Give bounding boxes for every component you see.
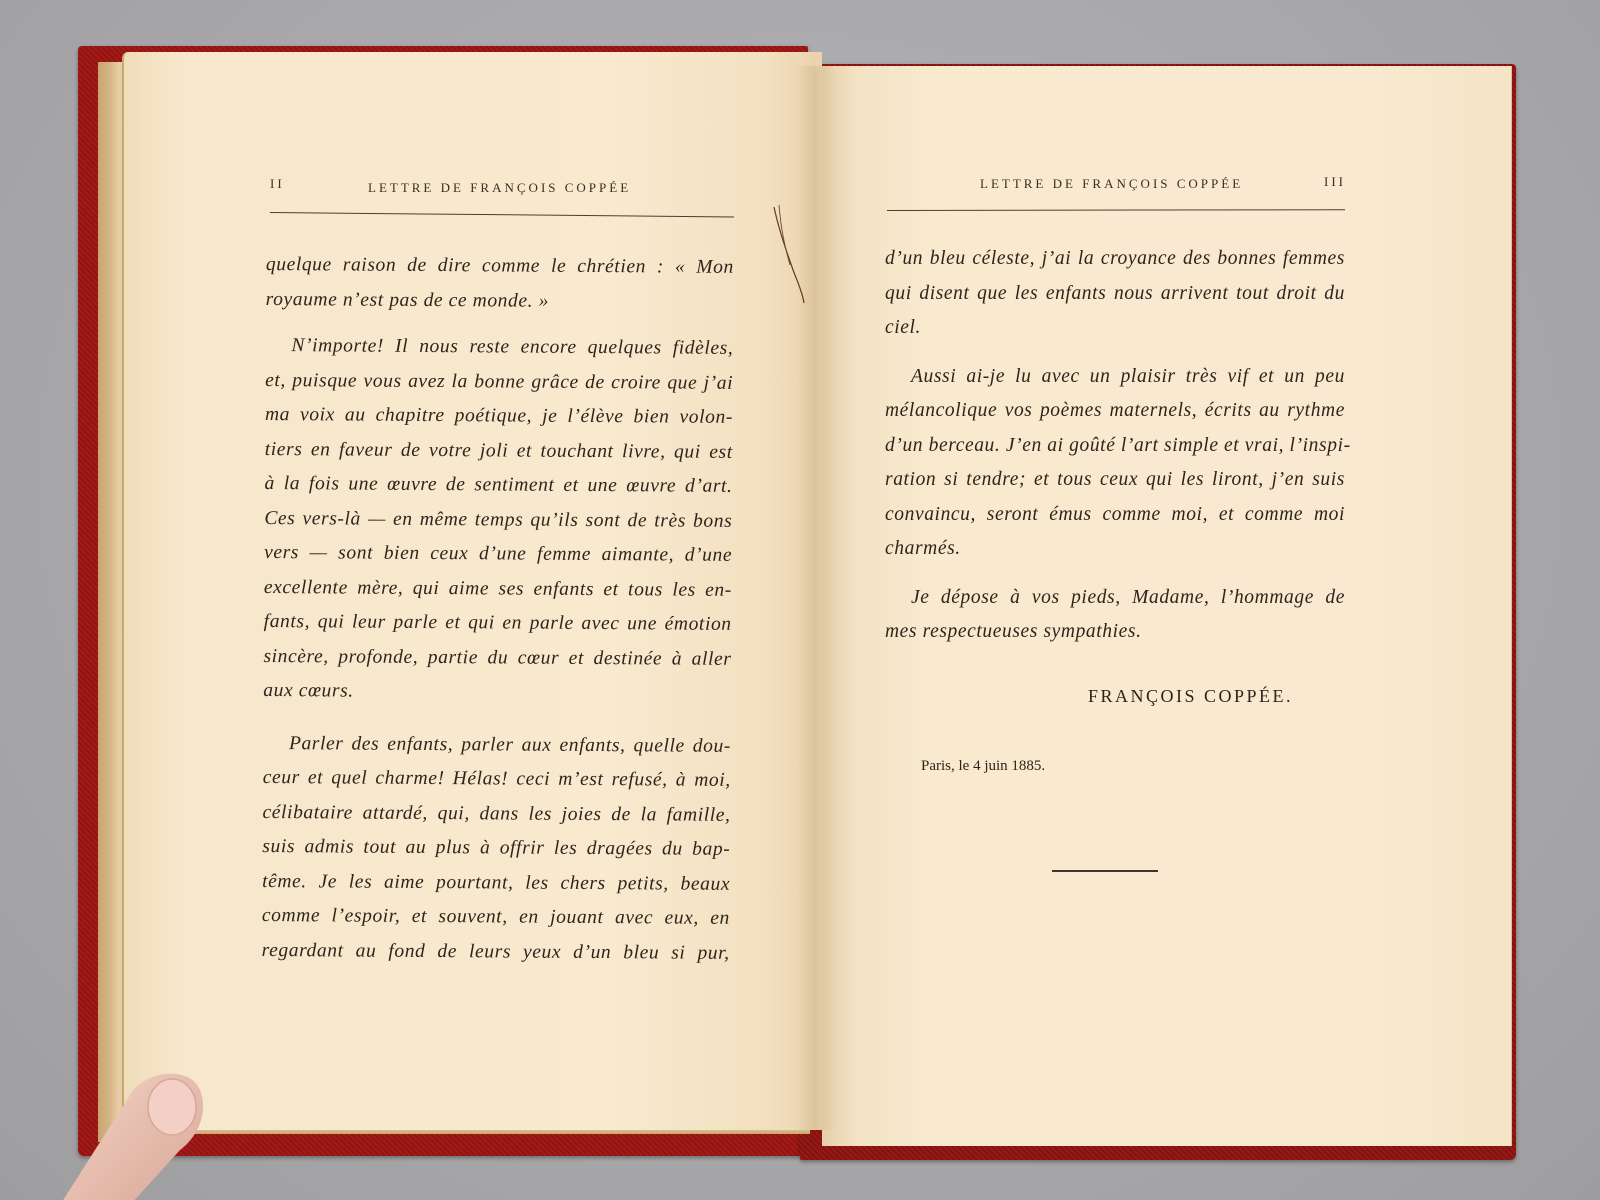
thumb-holding-page: [60, 1065, 210, 1200]
text-line: et, puisque vous avez la bonne grâce de …: [265, 363, 733, 400]
loose-thread-icon: [770, 205, 810, 305]
text-line: Aussi ai-je lu avec un plaisir très vif …: [885, 360, 1345, 395]
text-line: N’importe! Il nous reste encore quelques…: [265, 329, 733, 366]
text-line: d’un berceau. J’en ai goûté l’art simple…: [885, 429, 1345, 464]
text-line: fants, qui leur parle et qui en parle av…: [264, 605, 732, 642]
text-line: charmés.: [885, 532, 1345, 567]
text-line: convaincu, seront émus comme moi, et com…: [885, 498, 1345, 533]
open-book: II Lettre de François Coppée quelque rai…: [0, 0, 1600, 1200]
text-line: ration si tendre; et tous ceux qui les l…: [885, 463, 1345, 498]
text-line: mes respectueuses sympathies.: [885, 615, 1345, 650]
text-line: quelque raison de dire comme le chrétien…: [266, 248, 734, 285]
text-line: qui disent que les enfants nous arrivent…: [885, 277, 1345, 312]
left-body-text: quelque raison de dire comme le chrétien…: [262, 248, 734, 971]
text-line: Je dépose à vos pieds, Madame, l’hommage…: [885, 581, 1345, 616]
text-line: ceur et quel charme! Hélas! ceci m’est r…: [263, 761, 731, 798]
text-line: à la fois une œuvre de sentiment et une …: [264, 467, 732, 504]
text-line: Ces vers-là — en même temps qu’ils sont …: [264, 501, 732, 538]
left-page-number: II: [270, 176, 285, 192]
dateline: Paris, le 4 juin 1885.: [921, 758, 1045, 775]
text-line: tême. Je les aime pourtant, les chers pe…: [262, 864, 730, 901]
text-line: royaume n’est pas de ce monde. »: [266, 282, 734, 319]
text-line: ciel.: [885, 311, 1345, 346]
signature: FRANÇOIS COPPÉE.: [1088, 686, 1293, 707]
text-line: regardant au fond de leurs yeux d’un ble…: [262, 933, 730, 970]
left-running-head: Lettre de François Coppée: [368, 180, 631, 196]
text-line: mélancolique vos poèmes maternels, écrit…: [885, 394, 1345, 429]
text-line: comme l’espoir, et souvent, en jouant av…: [262, 899, 730, 936]
text-line: excellente mère, qui aime ses enfants et…: [264, 570, 732, 607]
text-line: sincère, profonde, partie du cœur et des…: [263, 639, 731, 676]
text-line: ma voix au chapitre poétique, je l’élève…: [265, 398, 733, 435]
text-line: tiers en faveur de votre joli et touchan…: [265, 432, 733, 469]
text-line: Parler des enfants, parler aux enfants, …: [263, 726, 731, 763]
right-body-text: d’un bleu céleste, j’ai la croyance des …: [885, 242, 1345, 650]
text-line: vers — sont bien ceux d’une femme aimant…: [264, 536, 732, 573]
end-rule: [1052, 870, 1158, 872]
text-line: aux cœurs.: [263, 674, 731, 711]
right-page-number: III: [1324, 174, 1346, 190]
right-running-head: Lettre de François Coppée: [980, 176, 1243, 192]
text-line: célibataire attardé, qui, dans les joies…: [262, 795, 730, 832]
text-line: suis admis tout au plus à offrir les dra…: [262, 830, 730, 867]
text-line: d’un bleu céleste, j’ai la croyance des …: [885, 242, 1345, 277]
